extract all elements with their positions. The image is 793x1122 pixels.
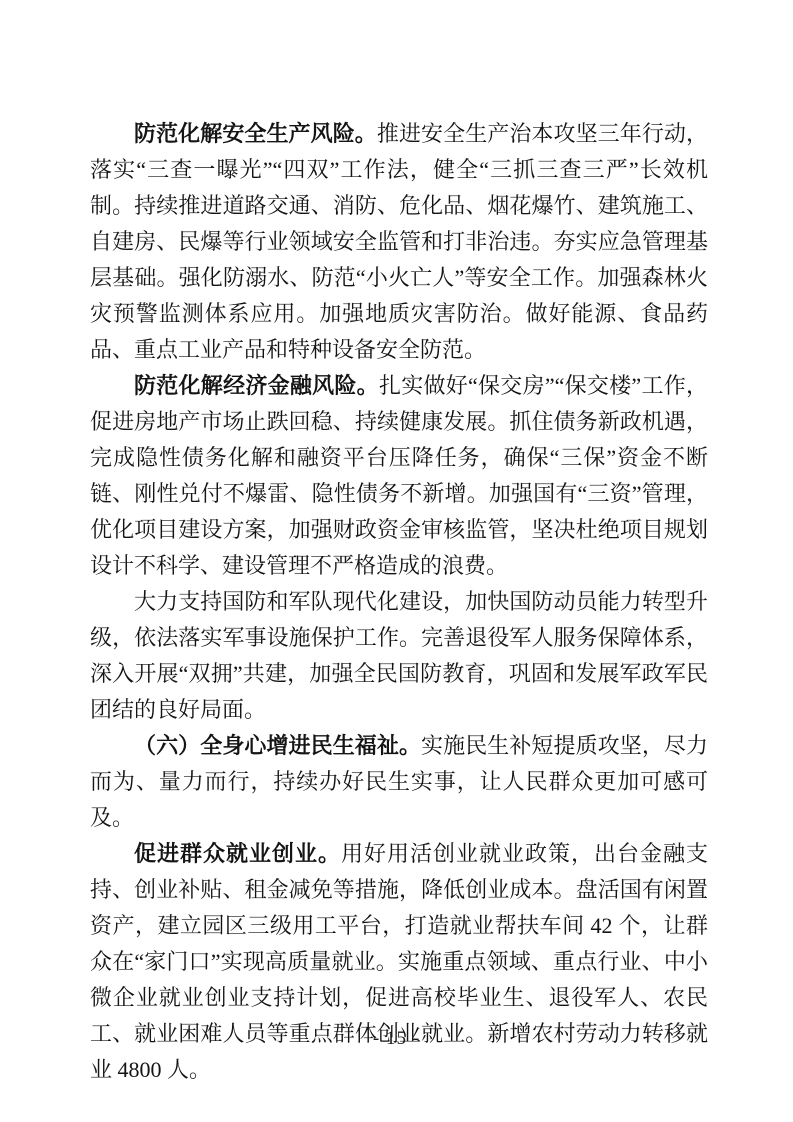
paragraph-lead: 防范化解安全生产风险。 [134, 121, 377, 146]
paragraph-text: 扎实做好“保交房”“保交楼”工作，促进房地产市场止跌回稳、持续健康发展。抓住债务… [90, 373, 708, 578]
paragraph: 促进群众就业创业。用好用活创业就业政策，出台金融支持、创业补贴、租金减免等措施，… [90, 836, 708, 1088]
paragraph-text: 大力支持国防和军队现代化建设，加快国防动员能力转型升级，依法落实军事设施保护工作… [90, 589, 708, 722]
paragraph-lead: 防范化解经济金融风险。 [134, 373, 379, 398]
paragraph-text: 推进安全生产治本攻坚三年行动，落实“三查一曝光”“四双”工作法，健全“三抓三查三… [90, 121, 708, 362]
paragraph: 大力支持国防和军队现代化建设，加快国防动员能力转型升级，依法落实军事设施保护工作… [90, 584, 708, 728]
paragraph: 防范化解安全生产风险。推进安全生产治本攻坚三年行动，落实“三查一曝光”“四双”工… [90, 116, 708, 368]
document-page: { "document": { "paragraphs": [ { "lead"… [0, 0, 793, 1122]
paragraph: 防范化解经济金融风险。扎实做好“保交房”“保交楼”工作，促进房地产市场止跌回稳、… [90, 368, 708, 584]
paragraph-lead: 促进群众就业创业。 [134, 841, 341, 866]
document-body: 防范化解安全生产风险。推进安全生产治本攻坚三年行动，落实“三查一曝光”“四双”工… [90, 116, 708, 1088]
page-number: - 15 - [0, 1028, 793, 1050]
paragraph: （六）全身心增进民生福祉。实施民生补短提质攻坚，尽力而为、量力而行，持续办好民生… [90, 728, 708, 836]
paragraph-lead: （六）全身心增进民生福祉。 [134, 733, 421, 758]
